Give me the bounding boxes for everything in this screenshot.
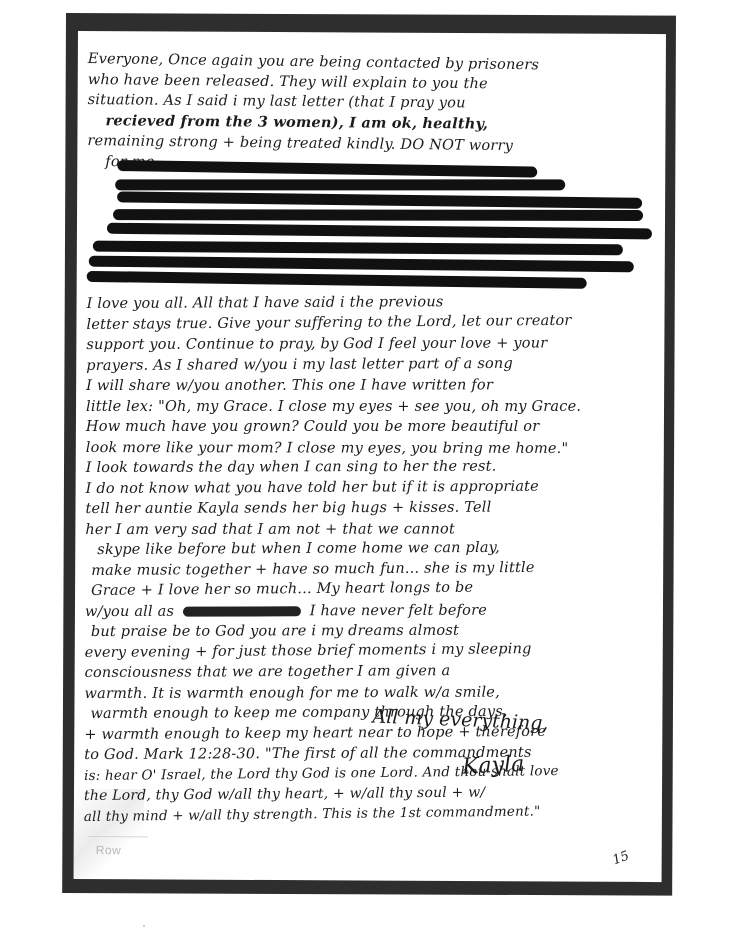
- redaction-bar: [117, 191, 642, 208]
- line-text-after: I have never felt before: [310, 602, 487, 619]
- letter-line: prayers. As I shared w/you i my last let…: [86, 353, 661, 377]
- letter-line: I will share w/you another. This one I h…: [86, 375, 661, 397]
- letter-line: little lex: "Oh, my Grace. I close my ey…: [86, 397, 661, 418]
- faint-stamp-text: Row: [96, 843, 122, 857]
- redaction-bar: [93, 241, 623, 256]
- letter-line: I do not know what you have told her but…: [86, 476, 661, 500]
- letter-line: How much have you grown? Could you be mo…: [86, 417, 661, 437]
- letter-line: I look towards the day when I can sing t…: [86, 456, 661, 479]
- page-number: 15: [611, 849, 632, 869]
- line-text-before: w/you all as: [85, 603, 174, 619]
- letter-line-with-redaction: w/you all as I have never felt before: [85, 600, 660, 623]
- letter-line: tell her auntie Kayla sends her big hugs…: [85, 497, 660, 520]
- redaction-bar: [107, 223, 652, 240]
- inline-redaction-bar: [183, 606, 301, 616]
- letter-line: letter stays true. Give your suffering t…: [86, 310, 661, 336]
- redacted-section: [87, 174, 663, 293]
- letter-line: Grace + I love her so much... My heart l…: [85, 576, 660, 602]
- redaction-bar: [89, 256, 634, 273]
- letter-line: every evening + for just those brief mom…: [85, 638, 660, 664]
- scan-speck: [143, 925, 145, 927]
- letter-line: consciousness that we are together I am …: [85, 660, 660, 684]
- letter-page: Row Everyone, Once again you are being c…: [74, 31, 666, 882]
- letter-line: support you. Continue to pray, by God I …: [86, 333, 661, 356]
- signature: Kayla: [462, 752, 525, 780]
- redaction-bar: [87, 271, 587, 289]
- redaction-bar: [113, 209, 643, 221]
- redaction-bar: [115, 179, 565, 190]
